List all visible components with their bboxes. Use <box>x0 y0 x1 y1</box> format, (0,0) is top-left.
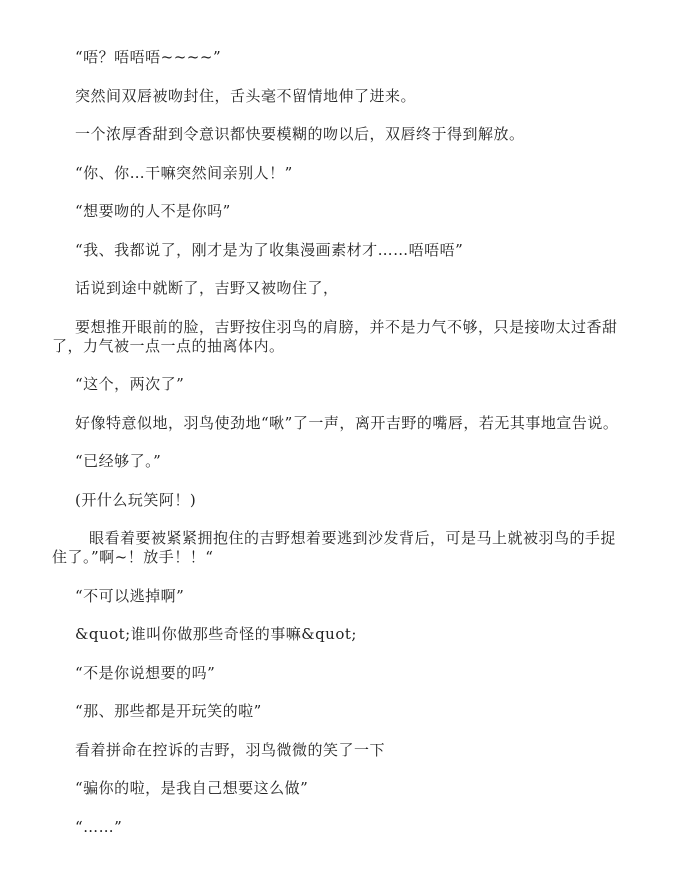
paragraph: “不是你说想要的吗” <box>52 664 628 683</box>
paragraph: 看着拼命在控诉的吉野，羽鸟微微的笑了一下 <box>52 741 628 760</box>
paragraph: 好像特意似地，羽鸟使劲地“啾”了一声，离开吉野的嘴唇，若无其事地宣告说。 <box>52 414 628 433</box>
paragraph: 要想推开眼前的脸，吉野按住羽鸟的肩膀，并不是力气不够，只是接吻太过香甜了，力气被… <box>52 318 628 356</box>
paragraph: “那、那些都是开玩笑的啦” <box>52 702 628 721</box>
paragraph: “已经够了。” <box>52 452 628 471</box>
paragraph: (开什么玩笑阿！) <box>52 491 628 510</box>
paragraph: 一个浓厚香甜到令意识都快要模糊的吻以后，双唇终于得到解放。 <box>52 125 628 144</box>
paragraph: 眼看着要被紧紧拥抱住的吉野想着要逃到沙发背后，可是马上就被羽鸟的手捉住了。”啊~… <box>52 529 628 567</box>
paragraph: “唔？唔唔唔~~~~” <box>52 48 628 67</box>
paragraph: “想要吻的人不是你吗” <box>52 202 628 221</box>
paragraph: 突然间双唇被吻封住，舌头毫不留情地伸了进来。 <box>52 87 628 106</box>
paragraph: “我、我都说了，刚才是为了收集漫画素材才……唔唔唔” <box>52 241 628 260</box>
paragraph: “你、你…干嘛突然间亲别人！” <box>52 164 628 183</box>
paragraph: 话说到途中就断了，吉野又被吻住了， <box>52 279 628 298</box>
paragraph: “这个，两次了” <box>52 375 628 394</box>
paragraph: &quot;谁叫你做那些奇怪的事嘛&quot; <box>52 625 628 644</box>
paragraph: “骗你的啦，是我自己想要这么做” <box>52 779 628 798</box>
document-page: “唔？唔唔唔~~~~” 突然间双唇被吻封住，舌头毫不留情地伸了进来。 一个浓厚香… <box>52 48 628 856</box>
paragraph: “……” <box>52 818 628 837</box>
paragraph: “不可以逃掉啊” <box>52 587 628 606</box>
